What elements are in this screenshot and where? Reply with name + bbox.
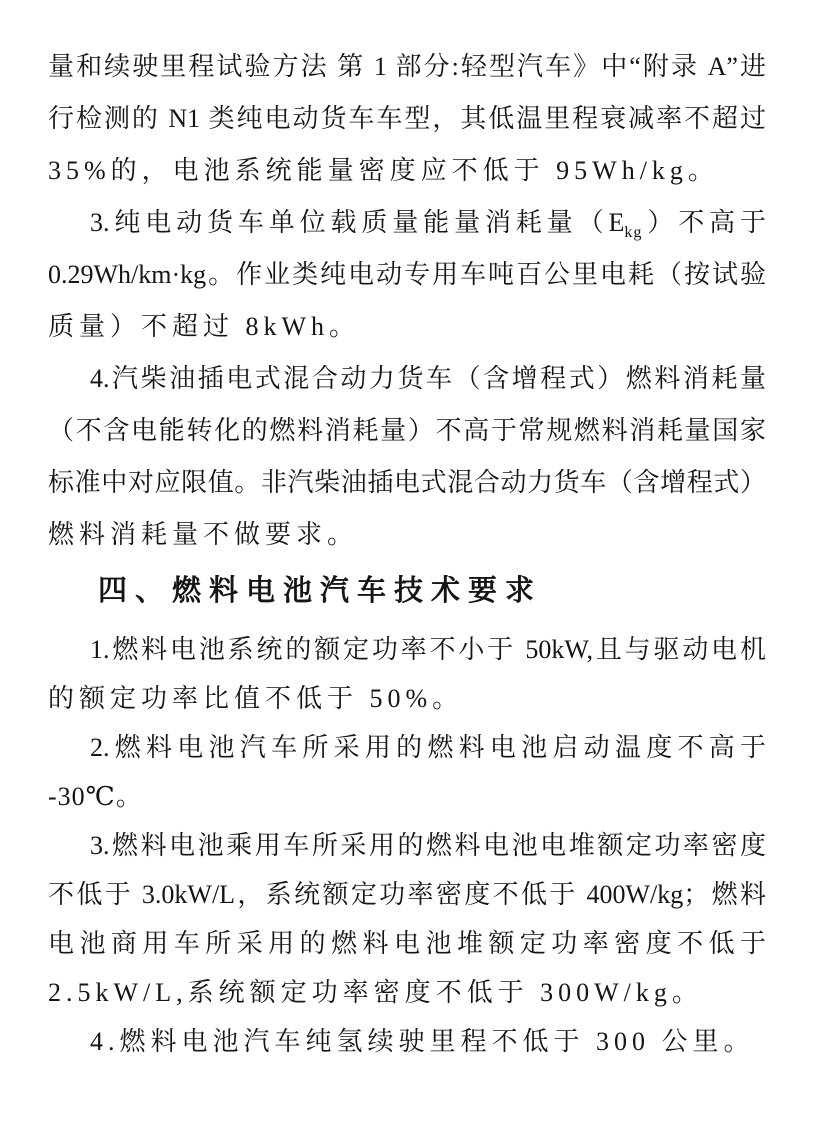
text-segment: 1.燃料电池系统的额定功率不小于 50kW,且与驱动电机: [90, 635, 766, 664]
subscript-text: kg: [624, 224, 642, 241]
text-segment: 35%的，电池系统能量密度应不低于 95Wh/kg。: [48, 156, 719, 185]
text-line: （不含电能转化的燃料消耗量）不高于常规燃料消耗量国家: [48, 405, 766, 457]
para-item4-phev-fuel-consumption: 4.汽柴油插电式混合动力货车（含增程式）燃料消耗量（不含电能转化的燃料消耗量）不…: [48, 353, 766, 561]
text-segment: 标准中对应限值。非汽柴油插电式混合动力货车（含增程式）: [48, 468, 766, 497]
text-line: 4.燃料电池汽车纯氢续驶里程不低于 300 公里。: [48, 1017, 766, 1066]
para-item1-rated-power: 1.燃料电池系统的额定功率不小于 50kW,且与驱动电机的额定功率比值不低于 5…: [48, 625, 766, 723]
text-segment: 质量）不超过 8kWh。: [48, 312, 360, 341]
text-segment: -30℃。: [48, 782, 143, 811]
text-line: 量和续驶里程试验方法 第 1 部分:轻型汽车》中“附录 A”进: [48, 41, 766, 93]
text-segment: （不含电能转化的燃料消耗量）不高于常规燃料消耗量国家: [48, 416, 766, 445]
text-line: 2.5kW/L,系统额定功率密度不低于 300W/kg。: [48, 968, 766, 1017]
text-segment: 0.29Wh/km·kg。作业类纯电动专用车吨百公里电耗（按试验: [48, 260, 766, 289]
text-line: 2.燃料电池汽车所采用的燃料电池启动温度不高于: [48, 723, 766, 772]
text-line: 电池商用车所采用的燃料电池堆额定功率密度不低于: [48, 919, 766, 968]
text-line: 行检测的 N1 类纯电动货车车型，其低温里程衰减率不超过: [48, 93, 766, 145]
para-battery-density-continuation: 量和续驶里程试验方法 第 1 部分:轻型汽车》中“附录 A”进行检测的 N1 类…: [48, 41, 766, 197]
text-segment: ）不高于: [642, 208, 766, 237]
text-line: 的额定功率比值不低于 50%。: [48, 674, 766, 723]
text-segment: 2.燃料电池汽车所采用的燃料电池启动温度不高于: [90, 733, 766, 762]
text-line: 四、燃料电池汽车技术要求: [48, 565, 766, 617]
heading-section4-fuel-cell-requirements: 四、燃料电池汽车技术要求: [48, 565, 766, 617]
text-line: 35%的，电池系统能量密度应不低于 95Wh/kg。: [48, 145, 766, 197]
text-segment: 的额定功率比值不低于 50%。: [48, 684, 463, 713]
text-segment: 四、燃料电池汽车技术要求: [98, 575, 542, 607]
text-line: 4.汽柴油插电式混合动力货车（含增程式）燃料消耗量: [48, 353, 766, 405]
text-line: 3.燃料电池乘用车所采用的燃料电池电堆额定功率密度: [48, 821, 766, 870]
text-segment: 量和续驶里程试验方法 第 1 部分:轻型汽车》中“附录 A”进: [48, 52, 766, 81]
text-segment: 行检测的 N1 类纯电动货车车型，其低温里程衰减率不超过: [48, 104, 766, 133]
text-line: 不低于 3.0kW/L，系统额定功率密度不低于 400W/kg；燃料: [48, 870, 766, 919]
text-line: 1.燃料电池系统的额定功率不小于 50kW,且与驱动电机: [48, 625, 766, 674]
text-line: 0.29Wh/km·kg。作业类纯电动专用车吨百公里电耗（按试验: [48, 249, 766, 301]
text-segment: 燃料消耗量不做要求。: [48, 520, 358, 549]
para-item3-energy-consumption: 3.纯电动货车单位载质量能量消耗量（Ekg）不高于0.29Wh/km·kg。作业…: [48, 197, 766, 353]
text-line: 燃料消耗量不做要求。: [48, 509, 766, 561]
text-segment: 2.5kW/L,系统额定功率密度不低于 300W/kg。: [48, 978, 703, 1007]
text-segment: 4.燃料电池汽车纯氢续驶里程不低于 300 公里。: [90, 1027, 755, 1056]
para-item2-startup-temperature: 2.燃料电池汽车所采用的燃料电池启动温度不高于-30℃。: [48, 723, 766, 821]
document-content: 量和续驶里程试验方法 第 1 部分:轻型汽车》中“附录 A”进行检测的 N1 类…: [0, 0, 813, 1066]
text-segment: 3.纯电动货车单位载质量能量消耗量（E: [90, 208, 624, 237]
text-line: 质量）不超过 8kWh。: [48, 301, 766, 353]
text-line: 3.纯电动货车单位载质量能量消耗量（Ekg）不高于: [48, 197, 766, 249]
text-segment: 不低于 3.0kW/L，系统额定功率密度不低于 400W/kg；燃料: [48, 880, 766, 909]
text-segment: 4.汽柴油插电式混合动力货车（含增程式）燃料消耗量: [90, 364, 766, 393]
text-segment: 3.燃料电池乘用车所采用的燃料电池电堆额定功率密度: [90, 831, 766, 860]
para-item4-hydrogen-range: 4.燃料电池汽车纯氢续驶里程不低于 300 公里。: [48, 1017, 766, 1066]
para-item3-power-density: 3.燃料电池乘用车所采用的燃料电池电堆额定功率密度不低于 3.0kW/L，系统额…: [48, 821, 766, 1017]
text-line: 标准中对应限值。非汽柴油插电式混合动力货车（含增程式）: [48, 457, 766, 509]
text-line: -30℃。: [48, 772, 766, 821]
text-segment: 电池商用车所采用的燃料电池堆额定功率密度不低于: [48, 929, 766, 958]
document-page: 量和续驶里程试验方法 第 1 部分:轻型汽车》中“附录 A”进行检测的 N1 类…: [0, 0, 813, 1148]
